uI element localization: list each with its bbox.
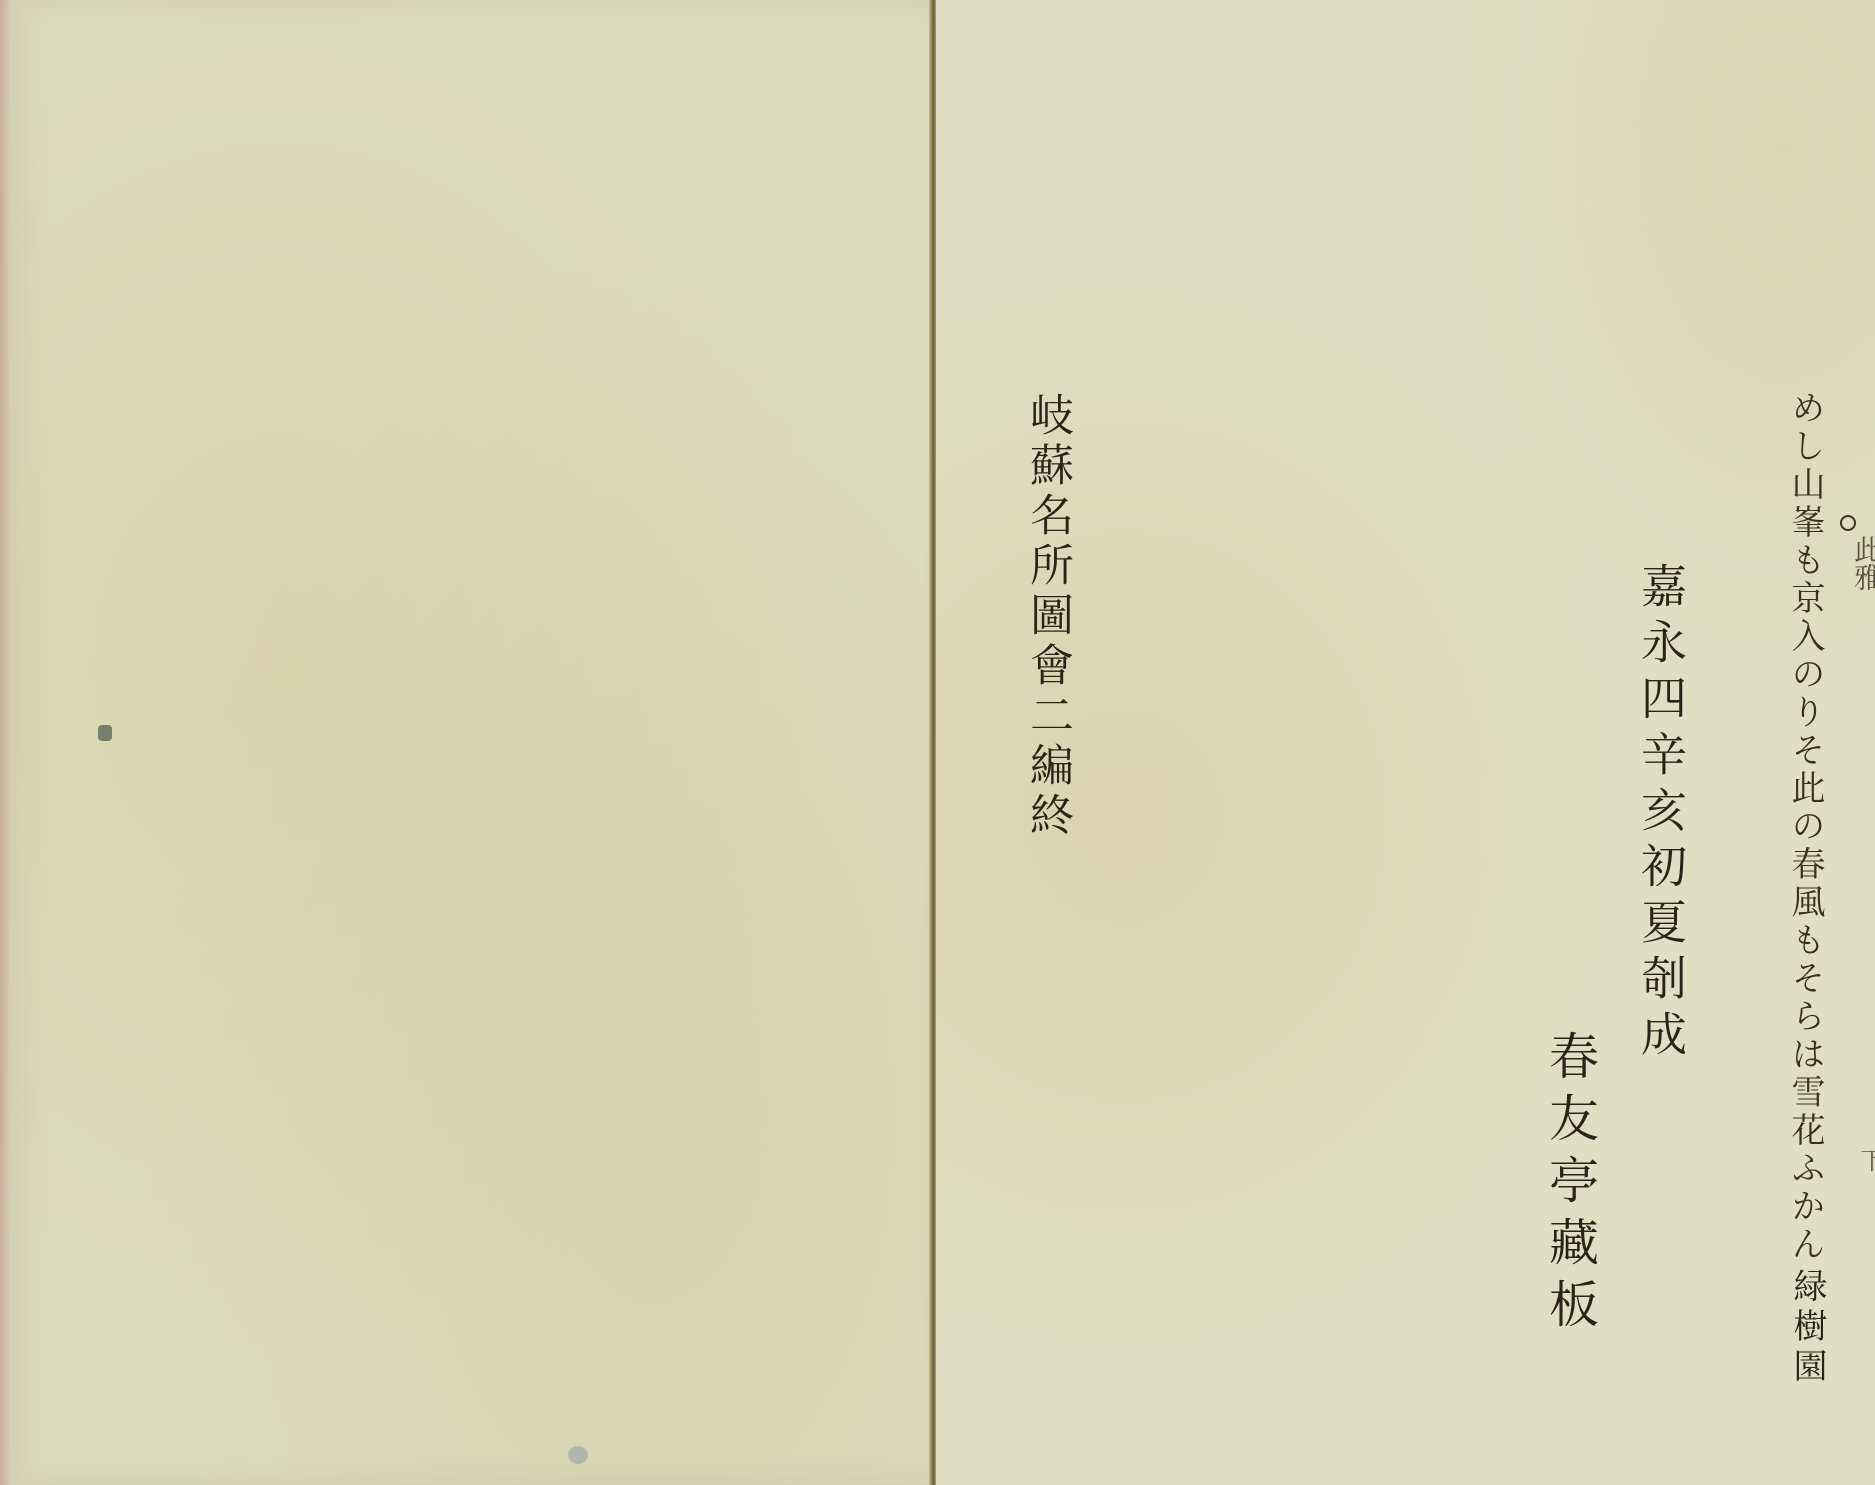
colophon-title: 岐蘇名所圖會二編終 xyxy=(1025,392,1069,842)
ink-spot xyxy=(98,725,112,741)
poet-name: 緑樹園 xyxy=(1790,1268,1824,1388)
circle-mark-icon xyxy=(1840,515,1856,531)
right-page xyxy=(936,0,1875,1485)
paper-stain xyxy=(568,1446,588,1464)
poem-text: めし山峯も京入のりそ此の春風もそらは雪花ふかん xyxy=(1788,390,1822,1264)
left-page-edge xyxy=(0,0,10,1485)
edge-text-fragment: 此雅 xyxy=(1852,535,1875,591)
left-page xyxy=(0,0,933,1485)
edge-text-fragment-bottom: 下 xyxy=(1858,1148,1875,1172)
publication-date: 嘉永四辛亥初夏剞成 xyxy=(1638,562,1684,1066)
book-spread: 岐蘇名所圖會二編終 嘉永四辛亥初夏剞成 春友亭藏板 めし山峯も京入のりそ此の春風… xyxy=(0,0,1875,1485)
publisher-name: 春友亭藏板 xyxy=(1545,1030,1595,1340)
